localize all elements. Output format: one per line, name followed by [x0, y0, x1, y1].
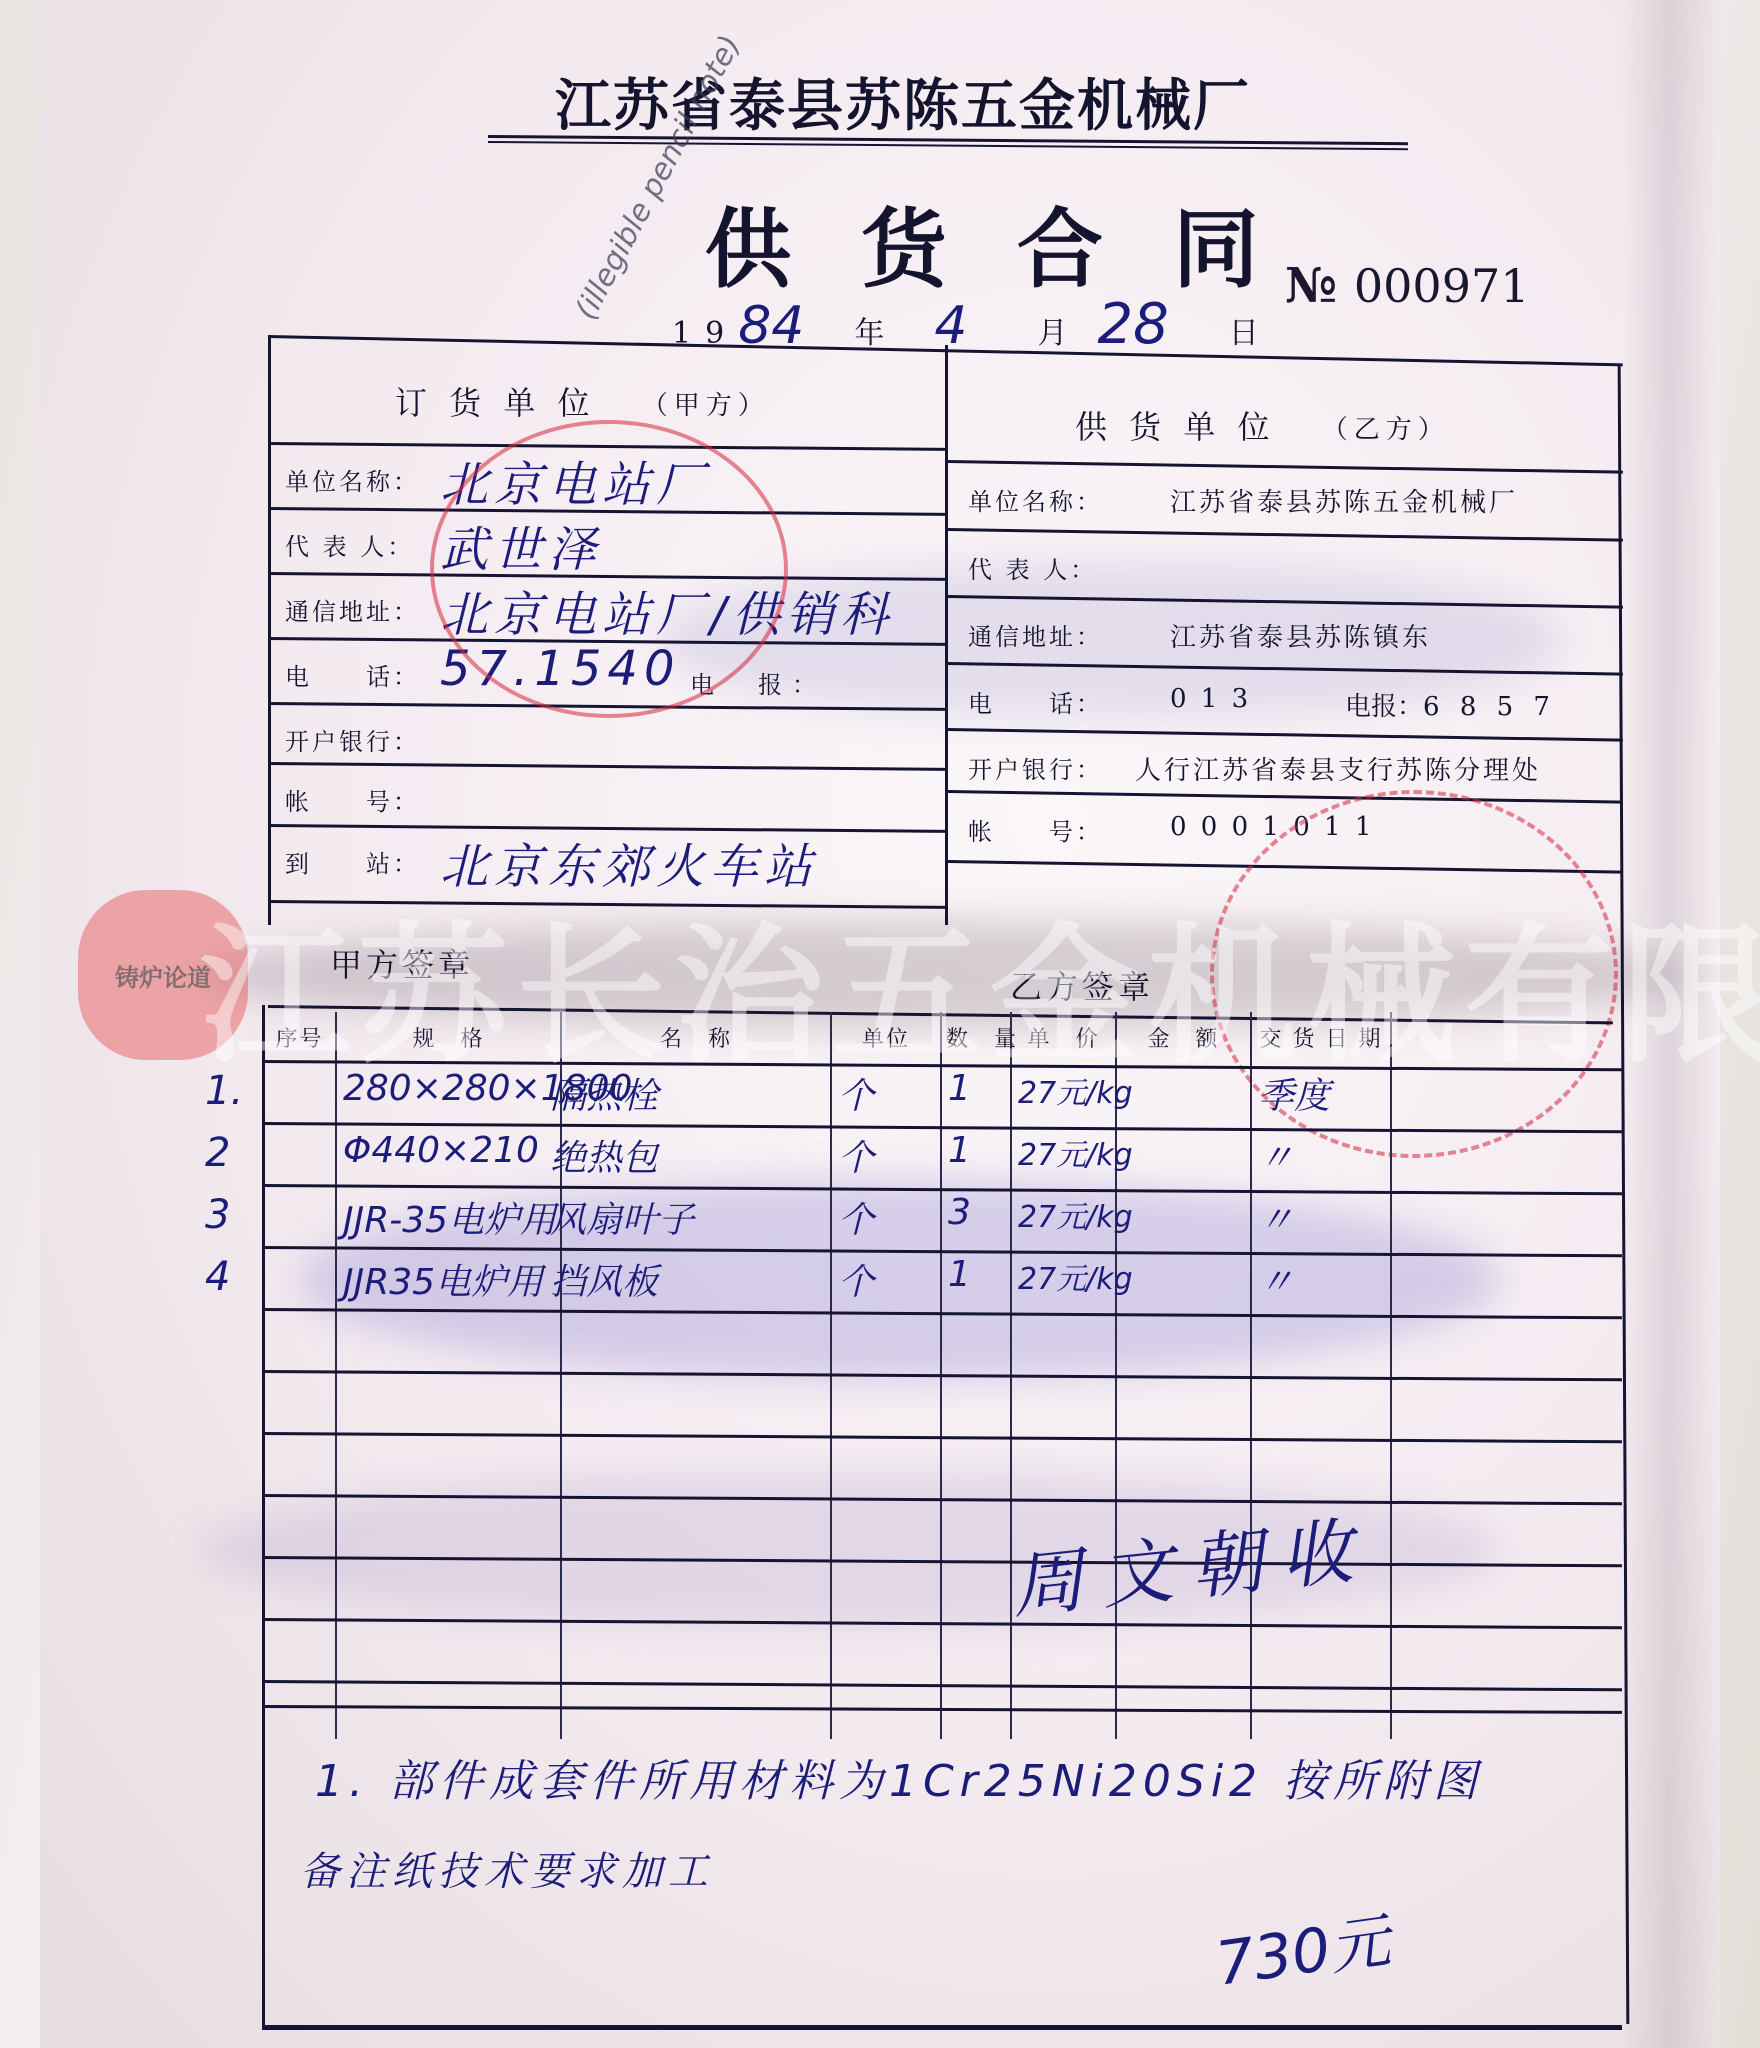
seller-telegram: 电报：6 8 5 7 [1345, 686, 1556, 723]
table-cell-name: 绝热包 [550, 1130, 658, 1181]
buyer-section-title: 订 货 单 位 （甲方） [395, 378, 770, 424]
table-cell-unit: 个 [838, 1192, 874, 1243]
note-line-2: 备注纸技术要求加工 [300, 1840, 714, 1897]
table-cell-qty: 1 [948, 1130, 971, 1171]
table-cell-unit: 个 [838, 1130, 874, 1181]
buyer-red-stamp [430, 420, 788, 718]
table-column-line [335, 1012, 337, 1739]
frame-left-upper [268, 335, 271, 925]
number-prefix: № [1285, 258, 1337, 314]
table-column-line [1390, 1012, 1392, 1739]
table-cell-qty: 3 [948, 1192, 971, 1233]
factory-name: 江苏省泰县苏陈五金机械厂 [555, 62, 1251, 142]
buyer-field-label: 到 站： [285, 844, 420, 879]
seller-field-value: 0 1 3 [1170, 684, 1251, 714]
buyer-field-label: 帐 号： [285, 782, 420, 817]
seller-field-label: 通信地址： [968, 617, 1103, 652]
table-cell-price: 27元/kg [1018, 1254, 1133, 1298]
buyer-field-label: 单位名称： [285, 462, 420, 497]
table-cell-price: 27元/kg [1018, 1192, 1133, 1236]
table-cell-no: 4 [205, 1254, 230, 1300]
table-column-line [560, 1012, 562, 1739]
seller-field-label: 开户银行： [968, 750, 1103, 785]
seller-field-value: 江苏省泰县苏陈镇东 [1170, 617, 1431, 654]
contract-number: № 000971 [1285, 258, 1530, 314]
table-cell-no: 2 [205, 1130, 230, 1176]
seller-title-text: 供 货 单 位 [1075, 408, 1276, 446]
watermark-logo-text: 铸炉论道 [115, 958, 211, 993]
document-title: 供 货 合 同 [705, 180, 1279, 304]
buyer-title-text: 订 货 单 位 [395, 384, 596, 422]
party-divider [945, 345, 948, 925]
date-day: 28 [1097, 292, 1168, 357]
seller-section-title: 供 货 单 位 （乙方） [1075, 402, 1450, 448]
table-cell-spec: JJR-35电炉用 [343, 1192, 556, 1243]
date-day-label: 日 [1229, 308, 1259, 352]
table-cell-price: 27元/kg [1018, 1130, 1133, 1174]
frame-bottom [262, 2025, 1622, 2030]
seller-party: （乙方） [1322, 415, 1450, 445]
seller-field-value: 人行江苏省泰县支行苏陈分理处 [1135, 750, 1541, 787]
table-cell-no: 3 [205, 1192, 230, 1238]
note-line-1: 1. 部件成套件所用材料为1Cr25Ni20Si2 按所附图 [315, 1745, 1483, 1809]
seller-field-value: 江苏省泰县苏陈五金机械厂 [1170, 482, 1518, 519]
date-month: 4 [934, 296, 967, 356]
table-cell-spec: Φ440×210 [343, 1130, 539, 1171]
table-cell-unit: 个 [838, 1254, 874, 1305]
seller-field-label: 代 表 人： [968, 550, 1097, 585]
watermark-banner: 江苏长治五金机械有限公司 [200, 875, 1760, 1091]
seller-field-label: 帐 号： [968, 812, 1103, 847]
table-cell-name: 风扇叶子 [550, 1192, 694, 1243]
table-cell-delivery: 〃 [1258, 1192, 1294, 1243]
buyer-field-label: 电 话： [285, 657, 420, 692]
buyer-field-label: 代 表 人： [285, 527, 414, 562]
table-cell-name: 挡风板 [550, 1254, 658, 1305]
table-cell-spec: JJR35电炉用 [343, 1254, 543, 1305]
table-cell-delivery: 〃 [1258, 1254, 1294, 1305]
table-left [262, 1005, 265, 2025]
buyer-field-label: 通信地址： [285, 592, 420, 627]
seller-field-label: 单位名称： [968, 482, 1103, 517]
date-year-label: 年 [854, 308, 884, 352]
buyer-field-label: 开户银行： [285, 722, 420, 757]
date-month-label: 月 [1037, 308, 1067, 352]
buyer-party: （甲方） [642, 391, 770, 421]
table-cell-qty: 1 [948, 1254, 971, 1295]
number-value: 000971 [1354, 259, 1530, 313]
seller-telegram-value: 6 8 5 7 [1423, 692, 1556, 722]
table-cell-delivery: 〃 [1258, 1130, 1294, 1181]
seller-field-label: 电 话： [968, 684, 1103, 719]
seller-telegram-label: 电报： [1345, 692, 1423, 722]
